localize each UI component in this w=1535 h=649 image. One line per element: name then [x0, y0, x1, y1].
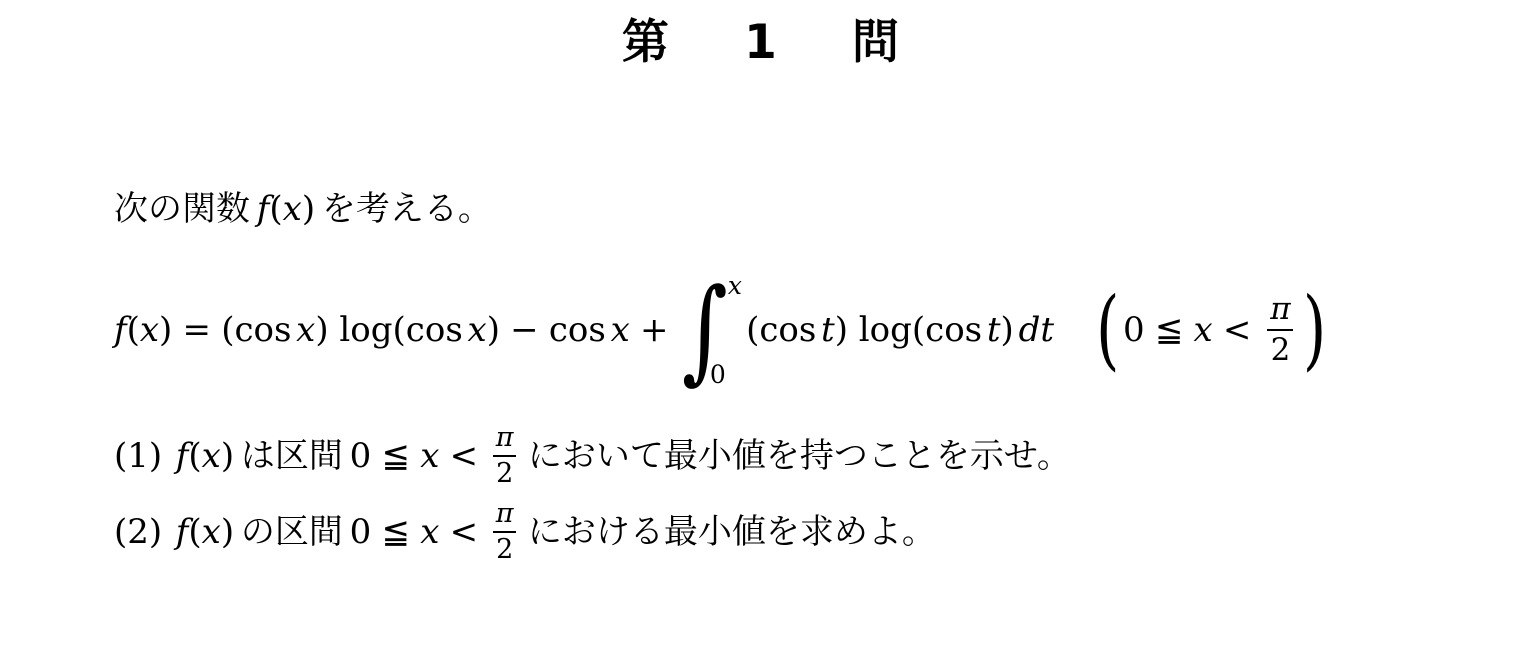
paren-close: ) [1001, 309, 1014, 352]
math-var-x: x [420, 511, 439, 554]
math-var-t: t [821, 309, 835, 352]
fraction-numerator: π [493, 499, 516, 531]
main-formula: f(x)=(cosx) log(cosx)−cosx+∫x0(cost) log… [114, 266, 1326, 394]
integral-upper-limit: x [728, 273, 742, 298]
math-var-x: x [202, 435, 221, 478]
fraction-denominator: 2 [493, 531, 516, 565]
paren-close: ) [221, 435, 234, 478]
math-var-x: x [283, 188, 302, 231]
leq-sign: ≦ [1155, 309, 1184, 352]
page-title: 第 1 問 [0, 14, 1535, 73]
lt-sign: < [1223, 309, 1252, 352]
differential-dt: dt [1019, 309, 1054, 352]
question-label: (2) [114, 511, 162, 554]
math-var-x: x [468, 309, 487, 352]
paren-close: ) [487, 309, 500, 352]
math-var-x: x [1194, 309, 1213, 352]
paren-open: ( [127, 309, 140, 352]
math-var-x: x [420, 435, 439, 478]
big-paren-open: ( [1096, 287, 1119, 374]
leq-sign: ≦ [382, 511, 411, 554]
minus-sign: − [510, 309, 539, 352]
math-var-x: x [140, 309, 159, 352]
integral-sign: ∫ [682, 274, 728, 387]
fraction-numerator: π [1267, 292, 1294, 329]
math-zero: 0 [350, 435, 372, 478]
fraction-pi-over-2: π2 [493, 499, 516, 565]
big-paren-close: ) [1303, 287, 1326, 374]
question-label: (1) [114, 435, 162, 478]
paren-open: ( [269, 188, 282, 231]
fraction-denominator: 2 [1267, 329, 1293, 368]
paren-close: ) [221, 511, 234, 554]
math-f: f [257, 188, 270, 231]
fraction-numerator: π [493, 423, 516, 455]
math-f: f [176, 435, 189, 478]
integral: ∫x0 [682, 273, 742, 387]
math-f: f [114, 309, 127, 352]
cos-term: cos [549, 309, 606, 352]
domain-condition: (0≦x<π2) [1096, 292, 1326, 367]
intro-line: 次の関数f(x)を考える。 [114, 188, 499, 231]
log-cos-term: ) log(cos [835, 309, 982, 352]
math-var-t: t [987, 309, 1001, 352]
integral-limits: x0 [728, 273, 742, 387]
log-cos-term: ) log(cos [315, 309, 462, 352]
paren-close: ) [159, 309, 172, 352]
question-text: における最小値を求めよ。 [528, 511, 936, 554]
leq-sign: ≦ [382, 435, 411, 478]
cos-term-open: (cos [746, 309, 816, 352]
math-zero: 0 [1123, 309, 1145, 352]
paren-open: ( [188, 511, 201, 554]
fraction-denominator: 2 [493, 455, 516, 489]
math-var-x: x [611, 309, 630, 352]
intro-text-post: を考える。 [322, 188, 492, 231]
question-text: において最小値を持つことを示せ。 [528, 435, 1071, 478]
question-2: (2)f(x)の区間0≦x<π2における最小値を求めよ。 [114, 488, 943, 576]
math-var-x: x [296, 309, 315, 352]
equals-sign: = [183, 309, 212, 352]
question-text: は区間 [241, 435, 343, 478]
question-1: (1)f(x)は区間0≦x<π2において最小値を持つことを示せ。 [114, 412, 1078, 500]
math-var-x: x [202, 511, 221, 554]
document-page: 第 1 問 次の関数f(x)を考える。 f(x)=(cosx) log(cosx… [0, 0, 1535, 649]
paren-close: ) [302, 188, 315, 231]
cos-term-open: (cos [221, 309, 291, 352]
math-f: f [176, 511, 189, 554]
fraction-pi-over-2: π2 [493, 423, 516, 489]
intro-text-pre: 次の関数 [114, 188, 250, 231]
lt-sign: < [450, 511, 479, 554]
question-text: の区間 [241, 511, 343, 554]
math-zero: 0 [350, 511, 372, 554]
lt-sign: < [450, 435, 479, 478]
plus-sign: + [640, 309, 669, 352]
paren-open: ( [188, 435, 201, 478]
fraction-pi-over-2: π2 [1267, 292, 1294, 367]
